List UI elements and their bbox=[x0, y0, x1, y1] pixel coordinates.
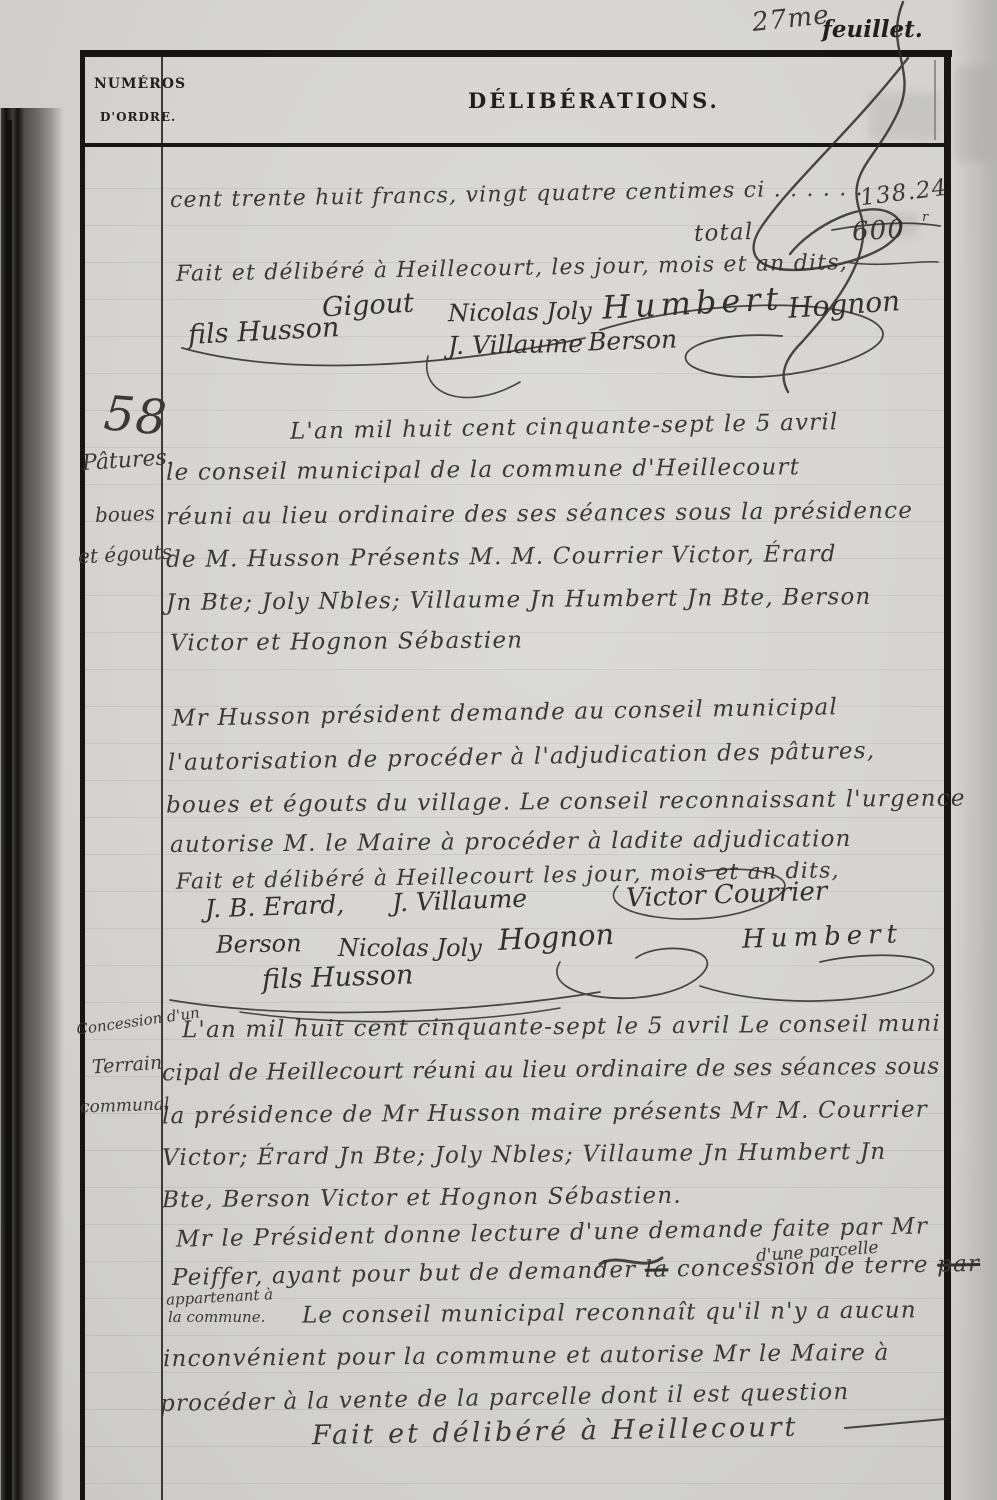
numbers-column-divider bbox=[161, 55, 163, 1500]
signature: Humbert bbox=[742, 919, 904, 955]
margin-note-line: et égouts bbox=[77, 540, 172, 569]
body-line-segment: concession de terre bbox=[668, 1252, 937, 1283]
frame-right-border bbox=[944, 50, 951, 1500]
body-line: Le conseil municipal reconnaît qu'il n'y… bbox=[302, 1297, 917, 1328]
interline-insertion: la commune. bbox=[168, 1308, 265, 1326]
margin-note-line: communal bbox=[80, 1094, 170, 1117]
total-label: total bbox=[694, 219, 754, 247]
signature: Nicolas Joly bbox=[338, 934, 482, 962]
column-header-numeros: NUMÉROS bbox=[94, 76, 186, 92]
column-header-ordre: D'ORDRE. bbox=[100, 110, 176, 124]
bleedthrough-mark bbox=[868, 92, 940, 140]
body-line: Bte, Berson Victor et Hognon Sébastien. bbox=[162, 1183, 682, 1214]
struck-word: par bbox=[937, 1251, 980, 1278]
total-currency-mark: r bbox=[922, 210, 929, 225]
signature: Nicolas Joly bbox=[448, 297, 592, 328]
header-bottom-rule bbox=[80, 143, 948, 147]
signature: Berson bbox=[216, 929, 302, 958]
struck-word: la bbox=[645, 1256, 669, 1282]
signature: J. Villaume bbox=[392, 884, 528, 918]
margin-entry-number: 58 bbox=[102, 385, 170, 446]
margin-note-line: boues bbox=[95, 501, 156, 527]
binding-edge-line bbox=[7, 120, 12, 1500]
signature: Hognon bbox=[497, 917, 615, 957]
signature: fils Husson bbox=[262, 959, 414, 995]
bleedthrough-mark bbox=[954, 66, 990, 162]
body-line: le conseil municipal de la commune d'Hei… bbox=[166, 454, 800, 486]
frame-left-border bbox=[80, 50, 85, 1500]
page-title: DÉLIBÉRATIONS. bbox=[468, 88, 720, 113]
body-line: Victor et Hognon Sébastien bbox=[170, 627, 523, 656]
signature: Berson bbox=[588, 324, 678, 356]
folio-number: 27me bbox=[751, 0, 832, 38]
total-value: 600 bbox=[851, 215, 906, 248]
register-page: 27me feuillet. NUMÉROS D'ORDRE. DÉLIBÉRA… bbox=[0, 0, 997, 1500]
frame-top-border bbox=[80, 50, 952, 57]
signature: J. Villaume bbox=[448, 329, 584, 360]
folio-label: feuillet. bbox=[822, 16, 923, 43]
signature: J. B. Erard, bbox=[205, 890, 345, 924]
